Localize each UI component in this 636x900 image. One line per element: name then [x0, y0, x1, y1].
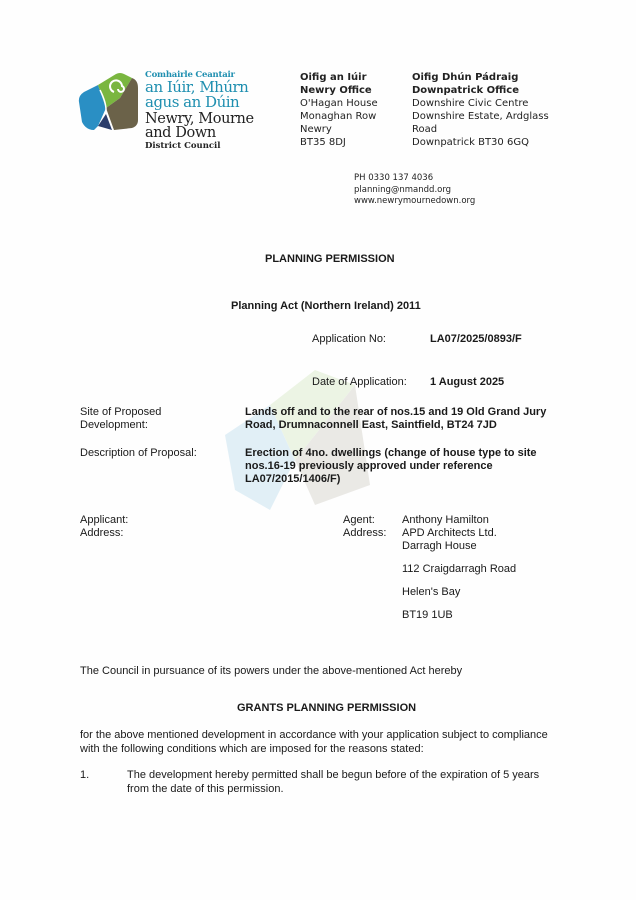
agent-address-line: Darragh House	[402, 540, 516, 553]
office-name: Downpatrick Office	[412, 84, 549, 97]
office-address-line: Newry	[300, 123, 378, 136]
condition-text: The development hereby permitted shall b…	[127, 769, 539, 796]
condition-number: 1.	[80, 769, 89, 783]
description-line: Erection of 4no. dwellings (change of ho…	[245, 447, 537, 460]
site-line: Road, Drumnaconnell East, Saintfield, BT…	[245, 419, 546, 432]
newry-office-block: Oifig an Iúir Newry Office O'Hagan House…	[300, 71, 378, 149]
site-label: Site of Proposed Development:	[80, 406, 161, 432]
agent-name: Anthony Hamilton	[402, 514, 516, 527]
description-value: Erection of 4no. dwellings (change of ho…	[245, 447, 537, 486]
site-label-line: Development:	[80, 419, 161, 432]
contact-block: PH 0330 137 4036 planning@nmandd.org www…	[354, 173, 475, 208]
council-name: Comhairle Ceantair an Iúir, Mhúrn agus a…	[145, 70, 254, 151]
document-title: PLANNING PERMISSION	[265, 253, 395, 265]
agent-address-line: Helen's Bay	[402, 586, 516, 599]
agent-address-label: Address:	[343, 527, 386, 540]
description-line: nos.16-19 previously approved under refe…	[245, 460, 537, 473]
agent-address-line: 112 Craigdarragh Road	[402, 563, 516, 576]
office-irish-name: Oifig Dhún Pádraig	[412, 71, 549, 84]
grant-heading: GRANTS PLANNING PERMISSION	[237, 702, 416, 714]
council-subtitle: District Council	[145, 141, 254, 151]
council-irish-name-2: agus an Dúin	[145, 95, 254, 110]
office-address-line: Monaghan Row	[300, 110, 378, 123]
office-address-line: BT35 8DJ	[300, 136, 378, 149]
applicant-labels: Applicant: Address:	[80, 514, 128, 540]
condition-text-line: from the date of this permission.	[127, 783, 539, 797]
description-line: LA07/2015/1406/F)	[245, 473, 537, 486]
council-english-name-2: and Down	[145, 126, 254, 140]
downpatrick-office-block: Oifig Dhún Pádraig Downpatrick Office Do…	[412, 71, 549, 149]
application-no-value: LA07/2025/0893/F	[430, 333, 522, 346]
applicant-address-label: Address:	[80, 527, 128, 540]
office-address-line: Downshire Civic Centre	[412, 97, 549, 110]
grant-text-line: with the following conditions which are …	[80, 743, 548, 757]
agent-details: Anthony Hamilton APD Architects Ltd. Dar…	[402, 514, 516, 622]
office-name: Newry Office	[300, 84, 378, 97]
condition-text-line: The development hereby permitted shall b…	[127, 769, 539, 783]
applicant-label: Applicant:	[80, 514, 128, 527]
date-label: Date of Application:	[312, 376, 407, 389]
application-no-label: Application No:	[312, 333, 386, 346]
office-irish-name: Oifig an Iúir	[300, 71, 378, 84]
office-address-line: Downshire Estate, Ardglass	[412, 110, 549, 123]
contact-website[interactable]: www.newrymournedown.org	[354, 196, 475, 208]
agent-label: Agent:	[343, 514, 386, 527]
council-statement: The Council in pursuance of its powers u…	[80, 665, 462, 679]
date-value: 1 August 2025	[430, 376, 504, 389]
council-english-name-1: Newry, Mourne	[145, 112, 254, 126]
site-value: Lands off and to the rear of nos.15 and …	[245, 406, 546, 432]
grant-text-line: for the above mentioned development in a…	[80, 729, 548, 743]
agent-address-line: BT19 1UB	[402, 609, 516, 622]
office-address-line: Road	[412, 123, 549, 136]
agent-labels: Agent: Address:	[343, 514, 386, 540]
contact-phone: PH 0330 137 4036	[354, 173, 475, 185]
site-label-line: Site of Proposed	[80, 406, 161, 419]
agent-address-line: APD Architects Ltd.	[402, 527, 516, 540]
description-label: Description of Proposal:	[80, 447, 197, 460]
council-logo-icon	[76, 70, 140, 134]
grant-text: for the above mentioned development in a…	[80, 729, 548, 756]
act-title: Planning Act (Northern Ireland) 2011	[231, 300, 421, 312]
contact-email[interactable]: planning@nmandd.org	[354, 185, 475, 197]
office-address-line: Downpatrick BT30 6GQ	[412, 136, 549, 149]
site-line: Lands off and to the rear of nos.15 and …	[245, 406, 546, 419]
office-address-line: O'Hagan House	[300, 97, 378, 110]
